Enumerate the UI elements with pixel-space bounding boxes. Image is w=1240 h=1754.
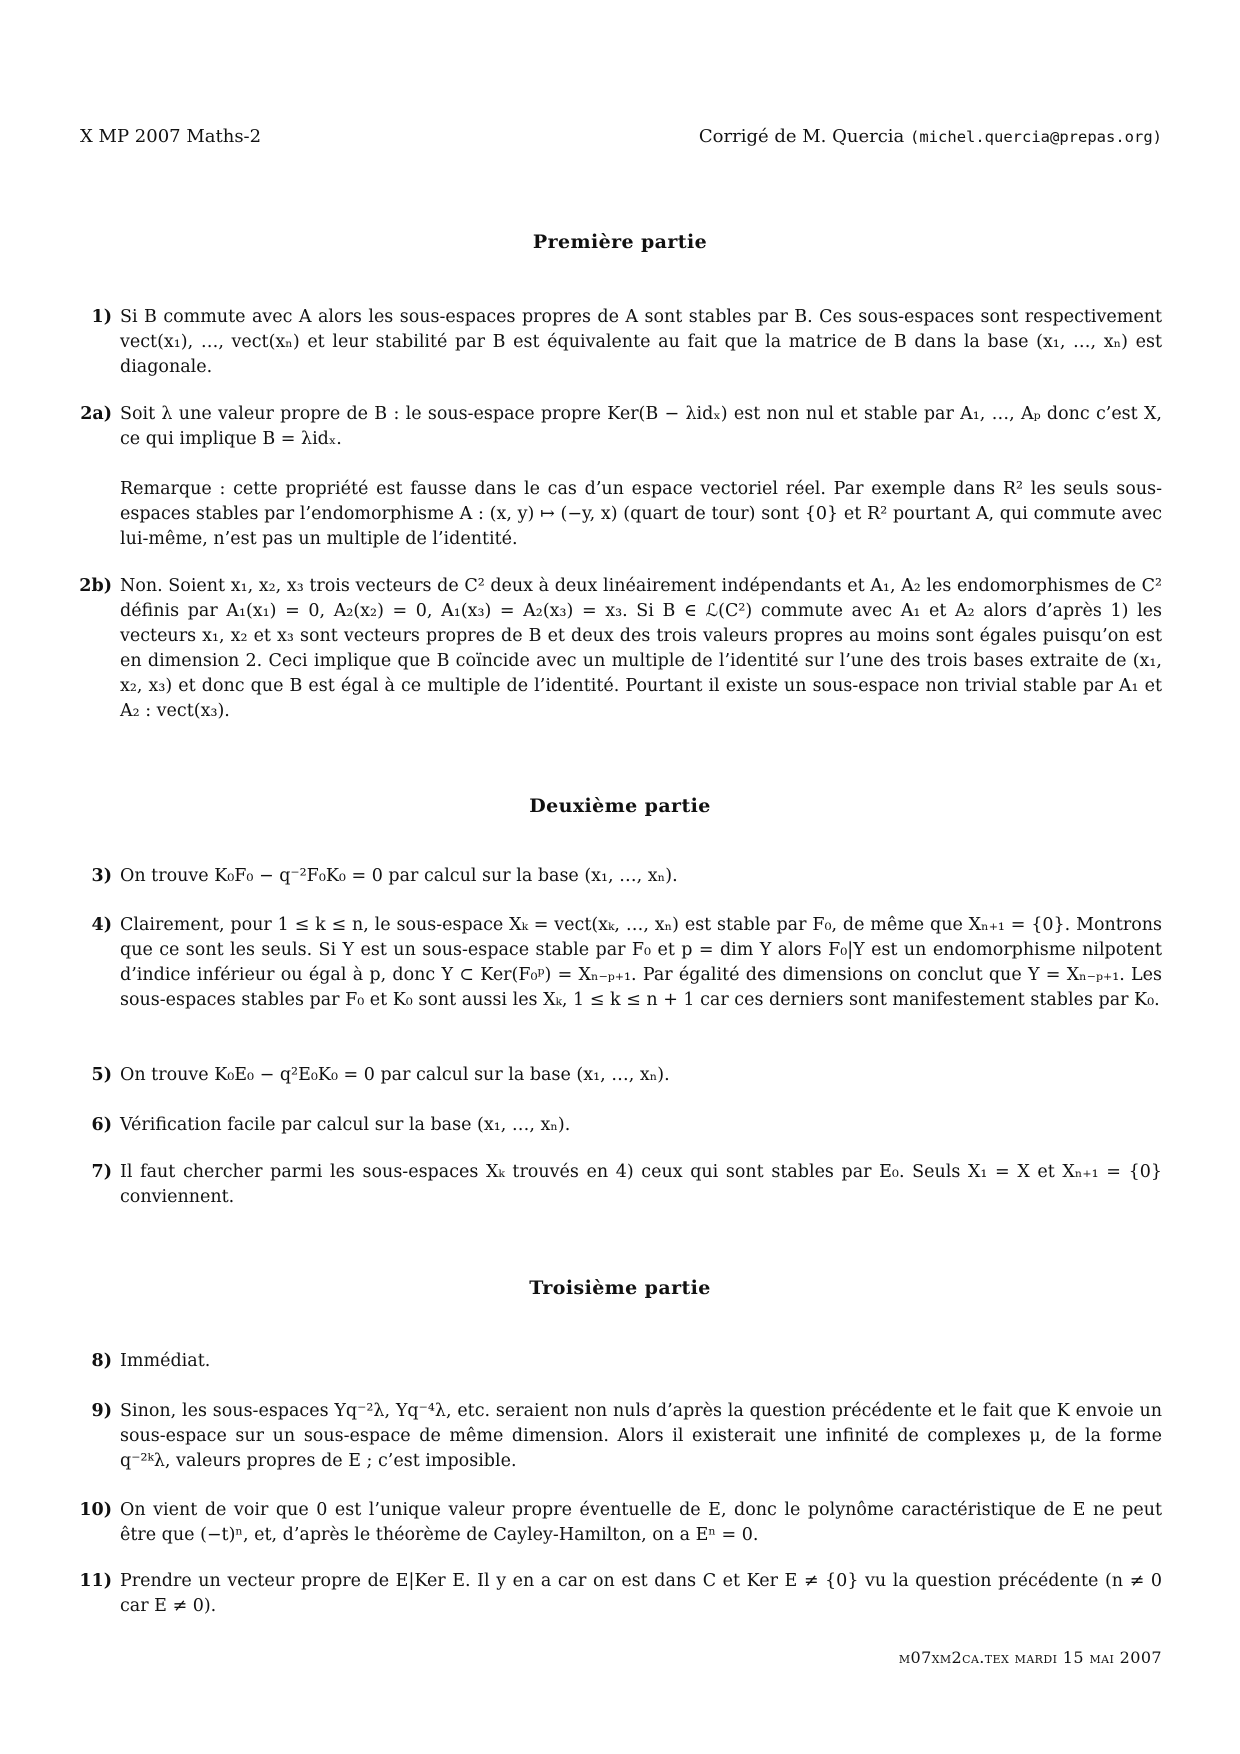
item-number: 8)	[74, 1349, 112, 1374]
header-author-name: Corrigé de M. Quercia	[699, 126, 904, 147]
item-number: 7)	[74, 1160, 112, 1185]
item-number: 4)	[74, 913, 112, 938]
item-number: 5)	[74, 1063, 112, 1088]
item-text: On vient de voir que 0 est l’unique vale…	[120, 1498, 1162, 1548]
item-paragraph: Il faut chercher parmi les sous-espaces …	[120, 1160, 1162, 1210]
solution-item-10: 10) On vient de voir que 0 est l’unique …	[74, 1498, 1162, 1548]
item-text: Sinon, les sous-espaces Yq⁻²λ, Yq⁻⁴λ, et…	[120, 1399, 1162, 1474]
item-number: 10)	[74, 1498, 112, 1523]
item-number: 9)	[74, 1399, 112, 1424]
item-paragraph: On trouve K₀E₀ − q²E₀K₀ = 0 par calcul s…	[120, 1063, 1162, 1088]
remark-paragraph: Remarque : cette propriété est fausse da…	[120, 477, 1162, 552]
item-number: 2b)	[74, 574, 112, 599]
item-paragraph: Vérification facile par calcul sur la ba…	[120, 1113, 1162, 1138]
solution-item-3: 3) On trouve K₀F₀ − q⁻²F₀K₀ = 0 par calc…	[74, 864, 1162, 889]
item-paragraph: Si B commute avec A alors les sous-espac…	[120, 305, 1162, 380]
solution-item-11: 11) Prendre un vecteur propre de E|Ker E…	[74, 1569, 1162, 1619]
item-text: Non. Soient x₁, x₂, x₃ trois vecteurs de…	[120, 574, 1162, 724]
item-paragraph: Sinon, les sous-espaces Yq⁻²λ, Yq⁻⁴λ, et…	[120, 1399, 1162, 1474]
page-header: X MP 2007 Maths-2 Corrigé de M. Quercia …	[80, 124, 1162, 150]
solution-item-9: 9) Sinon, les sous-espaces Yq⁻²λ, Yq⁻⁴λ,…	[74, 1399, 1162, 1474]
solution-item-7: 7) Il faut chercher parmi les sous-espac…	[74, 1160, 1162, 1210]
section-title-premiere-partie: Première partie	[0, 230, 1240, 255]
item-paragraph: Soit λ une valeur propre de B : le sous-…	[120, 402, 1162, 452]
item-text: Si B commute avec A alors les sous-espac…	[120, 305, 1162, 380]
solution-item-2a: 2a) Soit λ une valeur propre de B : le s…	[74, 402, 1162, 552]
item-text: Soit λ une valeur propre de B : le sous-…	[120, 402, 1162, 552]
item-text: On trouve K₀E₀ − q²E₀K₀ = 0 par calcul s…	[120, 1063, 1162, 1088]
item-paragraph: Prendre un vecteur propre de E|Ker E. Il…	[120, 1569, 1162, 1619]
section-title-deuxieme-partie: Deuxième partie	[0, 794, 1240, 819]
item-paragraph: On vient de voir que 0 est l’unique vale…	[120, 1498, 1162, 1548]
header-author-email: (michel.quercia@prepas.org)	[910, 128, 1162, 146]
item-number: 11)	[74, 1569, 112, 1594]
item-number: 3)	[74, 864, 112, 889]
solution-item-2b: 2b) Non. Soient x₁, x₂, x₃ trois vecteur…	[74, 574, 1162, 724]
solution-item-6: 6) Vérification facile par calcul sur la…	[74, 1113, 1162, 1138]
item-number: 6)	[74, 1113, 112, 1138]
item-paragraph: On trouve K₀F₀ − q⁻²F₀K₀ = 0 par calcul …	[120, 864, 1162, 889]
item-text: Il faut chercher parmi les sous-espaces …	[120, 1160, 1162, 1210]
solution-item-8: 8) Immédiat.	[74, 1349, 1162, 1374]
solution-item-5: 5) On trouve K₀E₀ − q²E₀K₀ = 0 par calcu…	[74, 1063, 1162, 1088]
header-course-label: X MP 2007 Maths-2	[80, 124, 261, 149]
document-page: X MP 2007 Maths-2 Corrigé de M. Quercia …	[0, 0, 1240, 1754]
page-footer: m07xm2ca.tex mardi 15 mai 2007	[80, 1645, 1162, 1670]
item-number: 1)	[74, 305, 112, 330]
item-text: Immédiat.	[120, 1349, 1162, 1374]
item-text: On trouve K₀F₀ − q⁻²F₀K₀ = 0 par calcul …	[120, 864, 1162, 889]
section-title-troisieme-partie: Troisième partie	[0, 1276, 1240, 1301]
item-text: Clairement, pour 1 ≤ k ≤ n, le sous-espa…	[120, 913, 1162, 1013]
solution-item-1: 1) Si B commute avec A alors les sous-es…	[74, 305, 1162, 380]
item-text: Vérification facile par calcul sur la ba…	[120, 1113, 1162, 1138]
solution-item-4: 4) Clairement, pour 1 ≤ k ≤ n, le sous-e…	[74, 913, 1162, 1013]
item-text: Prendre un vecteur propre de E|Ker E. Il…	[120, 1569, 1162, 1619]
item-number: 2a)	[74, 402, 112, 427]
item-paragraph: Clairement, pour 1 ≤ k ≤ n, le sous-espa…	[120, 913, 1162, 1013]
item-paragraph: Non. Soient x₁, x₂, x₃ trois vecteurs de…	[120, 574, 1162, 724]
item-paragraph: Immédiat.	[120, 1349, 1162, 1374]
header-author: Corrigé de M. Quercia (michel.quercia@pr…	[699, 124, 1162, 150]
